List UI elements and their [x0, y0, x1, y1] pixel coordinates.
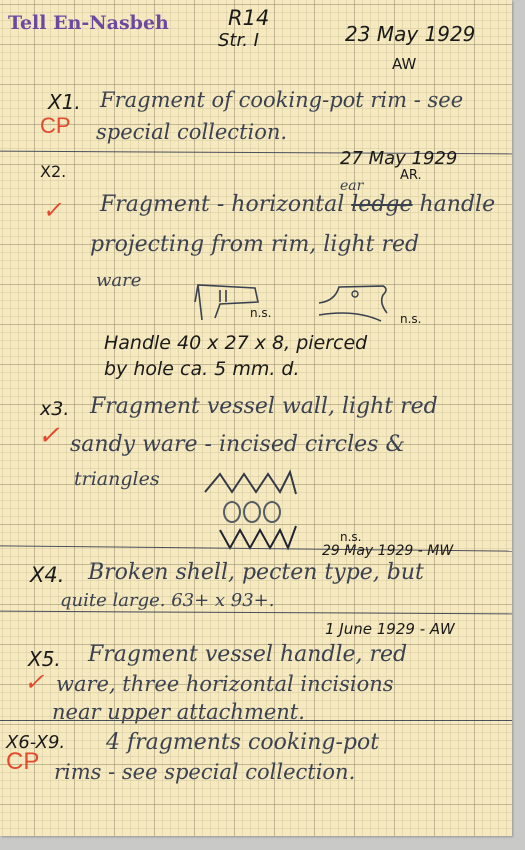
entry-line: Fragment - horizontal ledge handle	[100, 192, 495, 217]
struck-word: ledge	[351, 192, 412, 217]
entry-line: Fragment vessel handle, red	[88, 642, 407, 667]
entry-date: 29 May 1929 - MW	[322, 543, 453, 559]
stratum: Str. I	[218, 30, 259, 51]
entry-line: rims - see special collection.	[54, 760, 355, 784]
entry-line: 4 fragments cooking-pot	[106, 730, 379, 755]
entry-line: sandy ware - incised circles &	[70, 432, 405, 457]
entry-line: projecting from rim, light red	[90, 232, 419, 257]
site-stamp: Tell En-Nasbeh	[8, 12, 169, 34]
check-mark-icon: ✓	[41, 196, 66, 225]
divider	[0, 720, 512, 721]
entry-date: 27 May 1929	[340, 148, 457, 169]
entry-line: quite large. 63+ x 93+.	[60, 590, 274, 611]
catalogue-card: Tell En-Nasbeh R14 Str. I 23 May 1929 AW…	[0, 0, 512, 836]
card-recorder: AW	[392, 55, 416, 73]
sketch-scale-label: n.s.	[250, 306, 272, 320]
handle-top-sketch	[315, 283, 395, 323]
entry-recorder: AR.	[400, 168, 422, 183]
entry-line: ware, three horizontal incisions	[56, 672, 394, 696]
locus-number: R14	[228, 6, 269, 30]
entry-number: x3.	[40, 398, 69, 420]
entry-line: Broken shell, pecten type, but	[88, 560, 424, 585]
inserted-word: ear	[340, 178, 363, 194]
entry-number: X2.	[40, 162, 66, 181]
sketch-scale-label: n.s.	[340, 530, 362, 544]
handle-dimensions: Handle 40 x 27 x 8, pierced	[104, 332, 367, 354]
handle-dimensions: by hole ca. 5 mm. d.	[104, 358, 300, 380]
sketch-scale-label: n.s.	[400, 312, 422, 326]
cp-mark: CP	[6, 748, 39, 776]
check-mark-icon: ✓	[36, 420, 66, 451]
entry-date: 1 June 1929 - AW	[325, 620, 455, 638]
check-mark-icon: ✓	[22, 668, 50, 697]
entry-line: Fragment vessel wall, light red	[90, 394, 438, 419]
cp-mark: CP	[40, 113, 71, 139]
entry-number: X1.	[48, 90, 81, 114]
entry-line: Fragment of cooking-pot rim - see	[100, 88, 463, 112]
entry-number: X4.	[30, 563, 64, 587]
divider	[0, 611, 512, 615]
entry-line: triangles	[74, 468, 160, 490]
entry-line: ware	[96, 270, 141, 291]
entry-line: special collection.	[96, 120, 287, 144]
card-date: 23 May 1929	[345, 22, 475, 46]
